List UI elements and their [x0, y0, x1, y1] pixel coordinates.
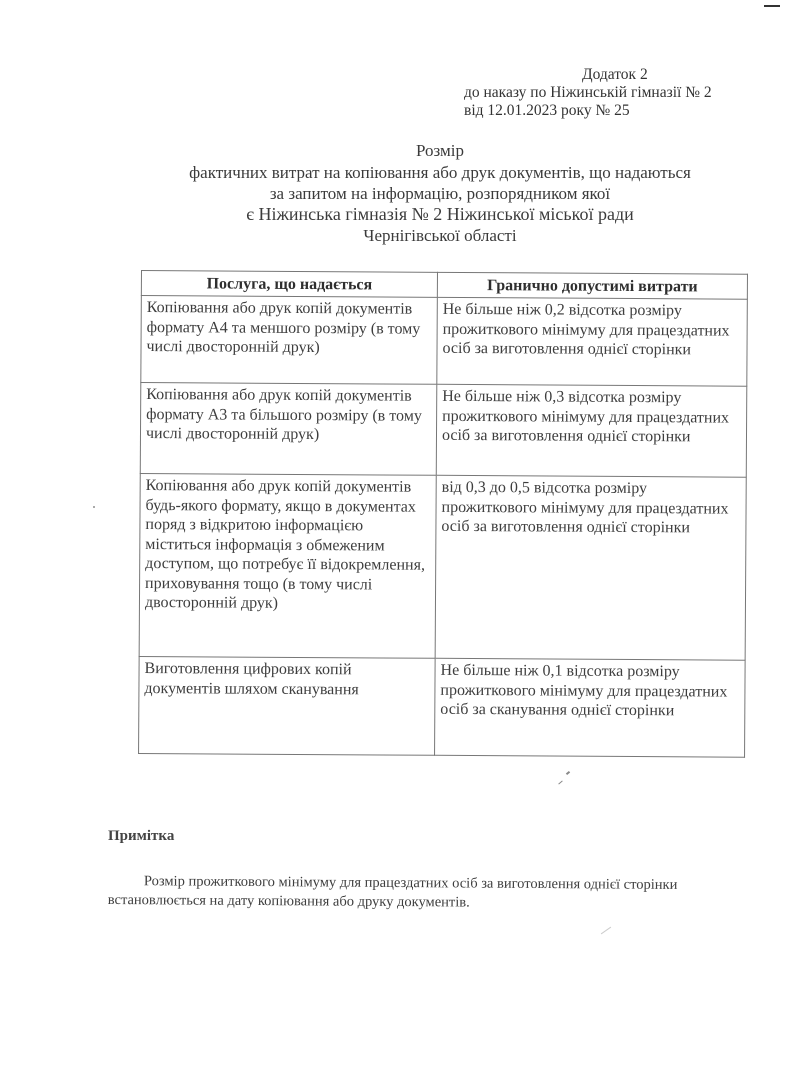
title-main: Розмір: [130, 140, 750, 162]
cell-service: Копіювання або друк копій документів фор…: [141, 296, 438, 385]
cell-service: Виготовлення цифрових копій документів ш…: [139, 656, 436, 755]
title-line-4: Чернігівської області: [130, 225, 750, 246]
cell-cost: Не більше ніж 0,2 відсотка розміру прожи…: [437, 297, 748, 386]
title-line-1: фактичних витрат на копіювання або друк …: [130, 162, 750, 183]
scan-speck: [93, 506, 95, 508]
title-line-2: за запитом на інформацію, розпорядником …: [130, 183, 750, 204]
note-text: Розмір прожиткового мінімуму для працезд…: [108, 872, 728, 914]
annex-date-line: від 12.01.2023 року № 25: [464, 102, 712, 120]
costs-table: Послуга, що надається Гранично допустимі…: [138, 270, 748, 758]
annex-order-line: до наказу по Ніжинській гімназії № 2: [464, 84, 712, 102]
table-row: Копіювання або друк копій документів фор…: [140, 383, 747, 478]
costs-table-container: Послуга, що надається Гранично допустимі…: [138, 270, 747, 758]
scan-speck: [566, 771, 570, 775]
annex-title: Додаток 2: [464, 66, 712, 84]
cell-cost: Не більше ніж 0,3 відсотка розміру прожи…: [436, 384, 747, 477]
cell-cost: від 0,3 до 0,5 відсотка розміру прожитко…: [435, 475, 746, 660]
table-header-row: Послуга, що надається Гранично допустимі…: [141, 271, 747, 300]
scan-speck: [601, 927, 611, 935]
header-cost: Гранично допустимі витрати: [437, 272, 747, 299]
title-line-3: є Ніжинська гімназія № 2 Ніжинської місь…: [130, 204, 750, 225]
header-service: Послуга, що надається: [141, 271, 437, 298]
cell-cost: Не більше ніж 0,1 відсотка розміру прожи…: [435, 658, 746, 757]
note-heading: Примітка: [108, 828, 174, 845]
scan-corner-mark: [764, 5, 780, 7]
table-row: Виготовлення цифрових копій документів ш…: [139, 656, 746, 757]
table-row: Копіювання або друк копій документів буд…: [139, 473, 746, 660]
scan-speck: [558, 781, 562, 785]
table-row: Копіювання або друк копій документів фор…: [141, 296, 748, 387]
cell-service: Копіювання або друк копій документів буд…: [139, 473, 436, 658]
document-title: Розмір фактичних витрат на копіювання аб…: [130, 140, 750, 246]
cell-service: Копіювання або друк копій документів фор…: [140, 383, 437, 476]
annex-header: Додаток 2 до наказу по Ніжинській гімназ…: [464, 66, 712, 120]
